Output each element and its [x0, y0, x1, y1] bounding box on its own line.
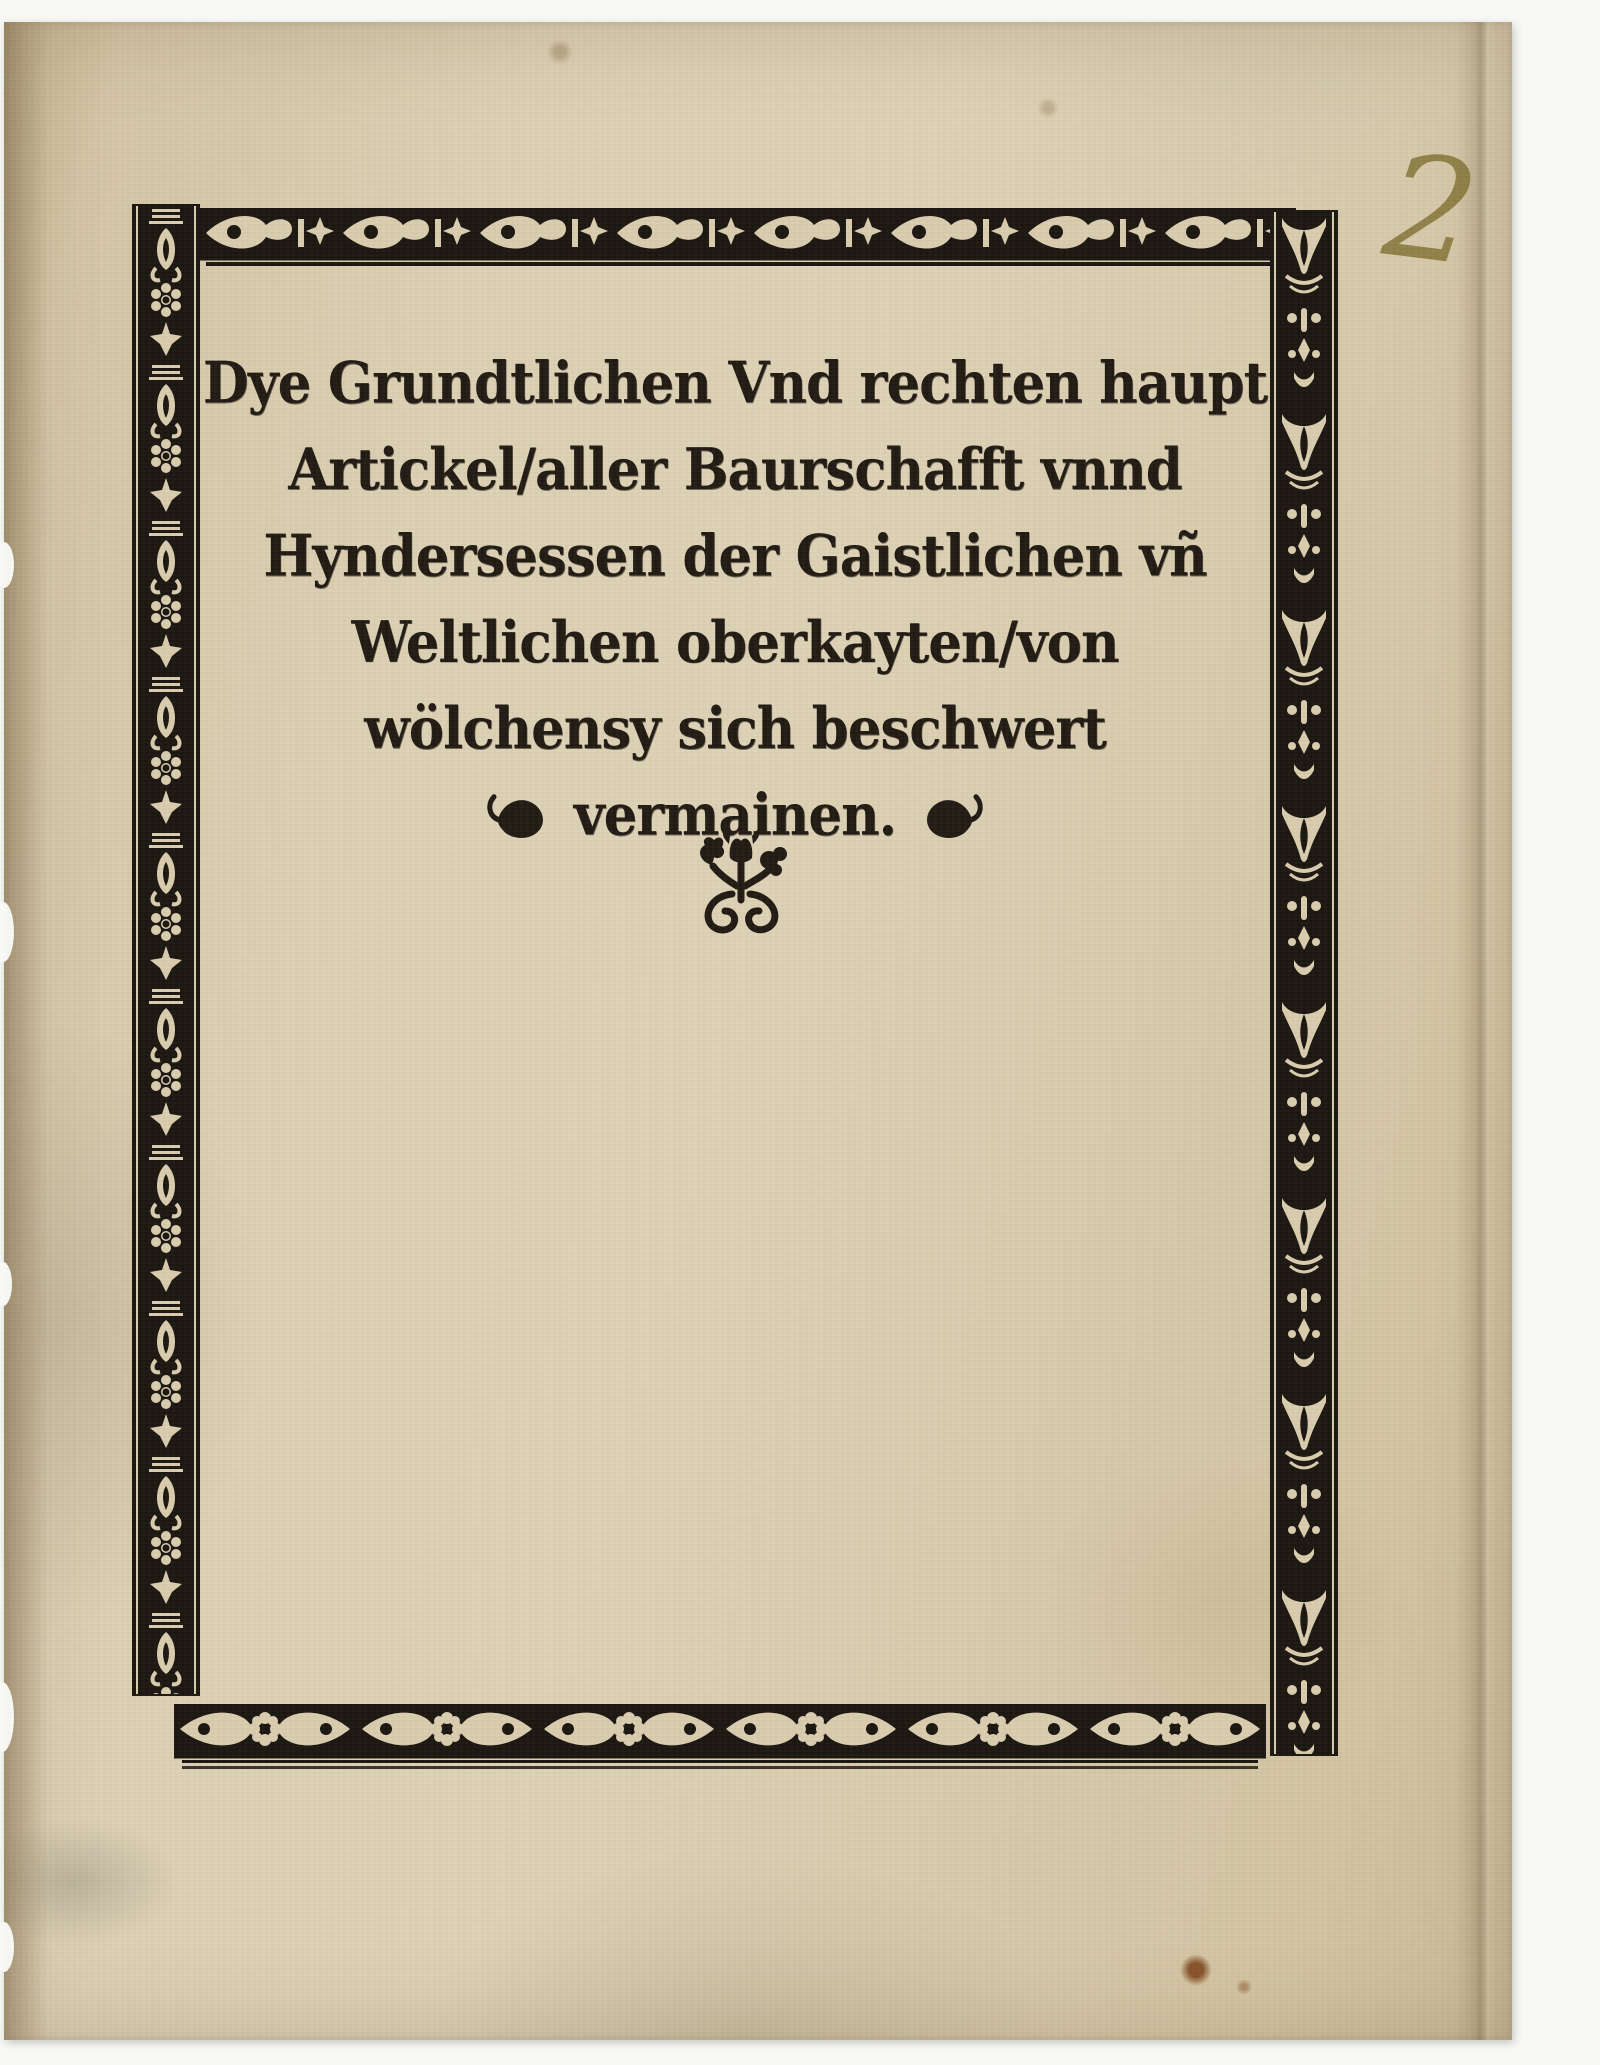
woodcut-border-right-icon	[1270, 210, 1338, 1756]
flower-fleuron-icon	[692, 828, 790, 940]
pamphlet-title-page: 2	[4, 22, 1512, 2040]
scanned-page-photo: 2	[0, 0, 1600, 2065]
woodcut-border-top-icon	[200, 208, 1296, 270]
aldine-leaf-icon	[922, 794, 984, 844]
woodcut-border-left-icon	[132, 204, 200, 1696]
title-line: Hyndersessen der Gaistlichen vñ	[200, 513, 1270, 599]
right-fold-crease	[1456, 22, 1496, 2040]
woodcut-border-bottom-icon	[174, 1704, 1266, 1772]
handwritten-folio-number: 2	[1378, 135, 1485, 287]
title-line: wölchensy sich beschwert	[200, 686, 1270, 772]
title-line: Dye Grundtlichen Vnd rechten haupt	[200, 340, 1270, 426]
title-block: Dye Grundtlichen Vnd rechten haupt Artic…	[200, 340, 1270, 858]
aldine-leaf-icon	[486, 794, 548, 844]
title-line: Weltlichen oberkayten/von	[200, 599, 1270, 685]
title-line: Artickel/aller Baurschafft vnnd	[200, 426, 1270, 512]
